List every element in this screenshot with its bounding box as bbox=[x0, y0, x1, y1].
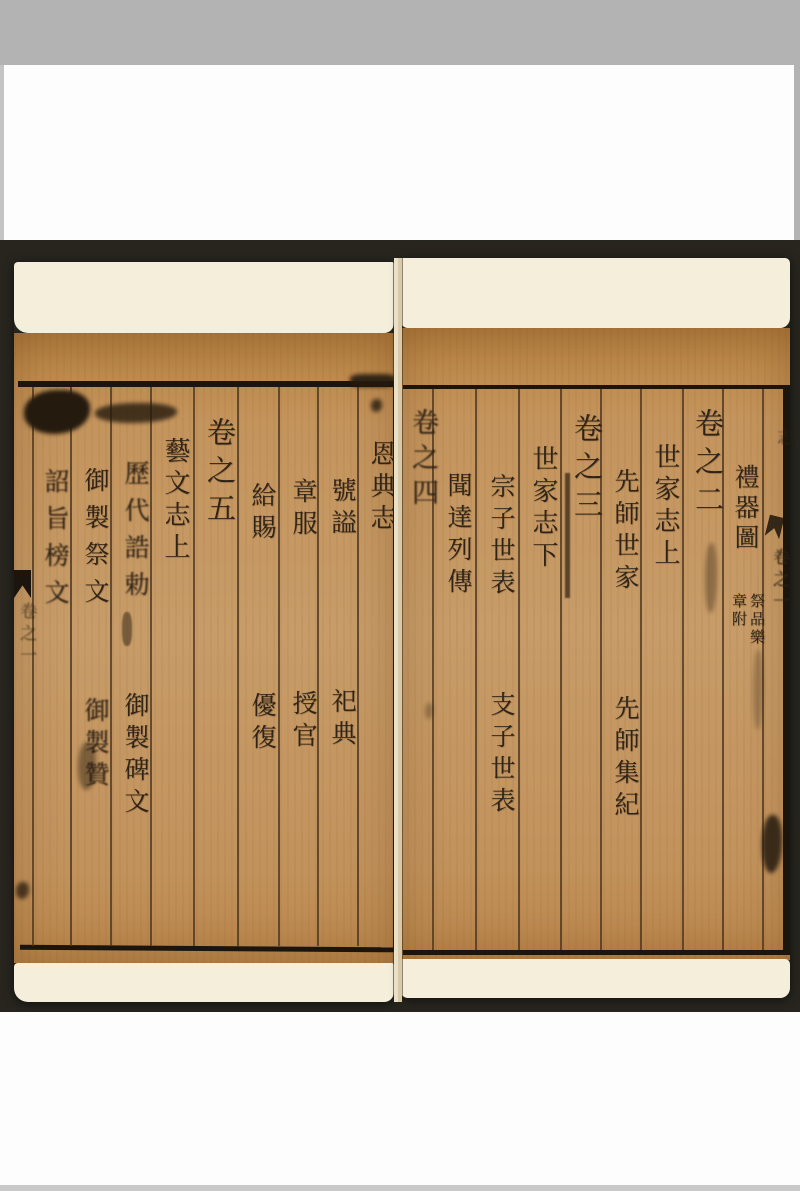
spine-running-title-partial: 志 bbox=[771, 428, 796, 450]
entry-li-dai-gao-chi: 歷代誥勅 bbox=[117, 460, 153, 608]
book-photograph: 恩典志 號謚 祀典 章服 授官 給賜 優復 卷之五 藝文志上 歷代誥勅 御製碑文… bbox=[0, 240, 800, 1012]
entry-juan-zhi-san: 卷之三 bbox=[567, 413, 608, 527]
column-rule bbox=[357, 387, 359, 946]
entry-juan-zhi-er: 卷之二 bbox=[688, 408, 729, 522]
bottom-gray-band bbox=[0, 1185, 800, 1191]
ink-drip bbox=[565, 473, 570, 598]
right-gray-edge bbox=[794, 65, 800, 240]
entry-shi-jia-zhi-shang: 世家志上 bbox=[647, 443, 684, 571]
column-rule bbox=[317, 387, 319, 946]
entry-shou-guan: 授官 bbox=[285, 690, 321, 754]
entry-note-ji-pin-yue: 祭品樂 bbox=[747, 593, 768, 647]
entry-zhao-zhi-bang-wen: 詔旨榜文 bbox=[37, 468, 73, 616]
entry-yi-wen-zhi-shang: 藝文志上 bbox=[157, 437, 194, 565]
entry-gei-ci: 給賜 bbox=[244, 482, 280, 546]
entry-xian-shi-shi-jia: 先師世家 bbox=[607, 468, 643, 596]
left-page: 恩典志 號謚 祀典 章服 授官 給賜 優復 卷之五 藝文志上 歷代誥勅 御製碑文… bbox=[14, 262, 394, 1002]
left-frame-top-line bbox=[18, 381, 395, 387]
entry-wen-da-lie-zhuan: 聞達列傳 bbox=[440, 472, 476, 600]
left-page-bottom-margin bbox=[14, 963, 394, 1002]
left-gray-edge bbox=[0, 65, 4, 240]
entry-juan-zhi-si: 卷之四 bbox=[403, 408, 442, 513]
scanned-book-page: 恩典志 號謚 祀典 章服 授官 給賜 優復 卷之五 藝文志上 歷代誥勅 御製碑文… bbox=[0, 0, 800, 1191]
ink-drip bbox=[122, 612, 132, 646]
column-rule bbox=[278, 387, 280, 946]
spine-volume-label-left: 卷之一 bbox=[14, 602, 39, 668]
entry-zhang-fu: 章服 bbox=[285, 478, 321, 542]
entry-zong-zi-shi-biao: 宗子世表 bbox=[483, 473, 519, 601]
right-page-top-margin bbox=[400, 258, 790, 328]
right-frame-outer-edge bbox=[783, 385, 790, 955]
entry-xian-shi-ji-ji: 先師集紀 bbox=[607, 695, 643, 823]
frame-line-blob bbox=[350, 374, 396, 387]
entry-li-qi-tu: 禮器圖 bbox=[727, 464, 763, 554]
entry-yu-zhi-bei-wen: 御製碑文 bbox=[117, 692, 153, 820]
entry-hao-shi: 號謚 bbox=[324, 477, 360, 541]
entry-shi-jia-zhi-xia: 世家志下 bbox=[525, 445, 562, 573]
entry-zhi-zi-shi-biao: 支子世表 bbox=[483, 691, 519, 819]
right-frame-top-line bbox=[403, 385, 788, 389]
right-frame-bottom-line bbox=[403, 950, 788, 955]
entry-yu-zhi-ji-wen: 御製祭文 bbox=[77, 467, 113, 615]
top-white-margin bbox=[0, 65, 800, 240]
right-page-bottom-margin bbox=[400, 959, 790, 998]
entry-juan-zhi-wu: 卷之五 bbox=[200, 417, 241, 531]
left-page-top-margin bbox=[14, 262, 394, 333]
entry-you-fu: 優復 bbox=[244, 692, 280, 756]
bottom-white-margin bbox=[0, 1012, 800, 1185]
spine-volume-label-right: 卷之一 bbox=[767, 548, 792, 614]
entry-note-zhang-fu: 章附 bbox=[729, 593, 750, 629]
entry-si-dian: 祀典 bbox=[324, 688, 360, 752]
top-gray-band bbox=[0, 0, 800, 65]
right-page: 志 卷之一 禮器圖 祭品樂 章附 卷之二 世家志上 先師世家 先師集紀 卷之三 … bbox=[400, 258, 790, 998]
book-spine-fold bbox=[393, 258, 403, 1002]
